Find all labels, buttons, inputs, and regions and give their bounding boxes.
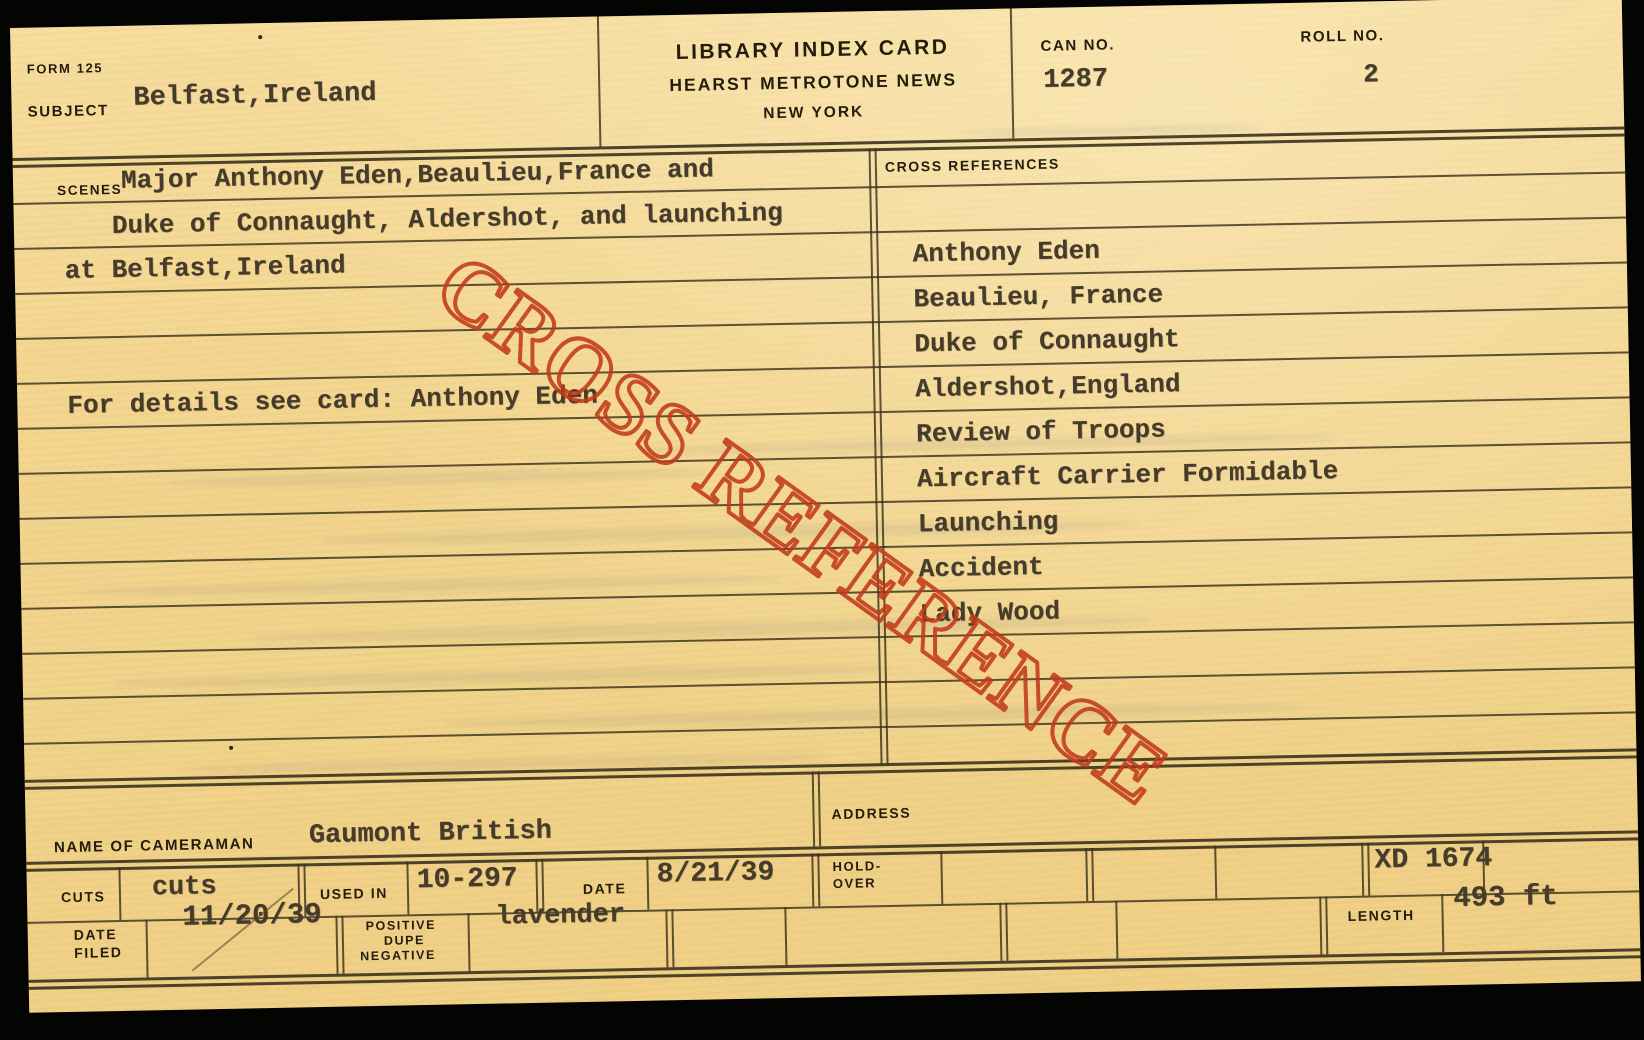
cell-divider	[1325, 896, 1329, 954]
cell-divider	[1005, 903, 1009, 961]
cell-divider	[335, 916, 339, 974]
header-rule	[13, 126, 1625, 160]
positive-dupe-negative-label: NEGATIVE	[360, 948, 436, 963]
dust-speck	[229, 746, 233, 750]
cell-divider	[999, 903, 1003, 961]
cell-divider	[671, 909, 675, 967]
cell-divider	[1319, 897, 1323, 955]
cell-divider	[1441, 894, 1445, 952]
library-index-card: FORM 125 SUBJECT Belfast,Ireland LIBRARY…	[10, 0, 1641, 1013]
cuts-value: cuts	[152, 872, 217, 903]
xd-number-value: XD 1674	[1374, 843, 1492, 876]
dupe-color-value: lavender	[495, 900, 625, 933]
cell-divider	[784, 907, 788, 965]
scanned-photo: FORM 125 SUBJECT Belfast,Ireland LIBRARY…	[0, 0, 1644, 1040]
positive-dupe-negative-label: POSITIVE	[365, 918, 436, 933]
can-no-value: 1287	[1043, 65, 1108, 96]
cell-divider	[118, 867, 121, 920]
cell-divider	[145, 919, 149, 977]
cell-divider	[341, 916, 345, 974]
date-filed-label: DATE	[74, 926, 118, 943]
cameraman-label: NAME OF CAMERAMAN	[54, 835, 255, 856]
cross-reference-stamp-text: CROSS REFERENCE	[419, 235, 1185, 823]
bottom-rule	[29, 948, 1641, 982]
publisher-city: NEW YORK	[604, 100, 1024, 126]
scenes-label: SCENES	[57, 182, 122, 198]
date-filed-value: 11/20/39	[182, 898, 322, 934]
positive-dupe-negative-label: DUPE	[384, 933, 425, 948]
length-value: 493 ft	[1453, 880, 1558, 915]
subject-label: SUBJECT	[27, 102, 109, 121]
cell-divider	[665, 909, 669, 967]
form-number-label: FORM 125	[27, 60, 104, 76]
header-divider	[597, 16, 602, 146]
cell-divider	[467, 913, 471, 971]
cell-divider	[1367, 843, 1370, 896]
can-no-label: CAN NO.	[1040, 36, 1115, 54]
bottom-rule	[29, 955, 1641, 989]
scenes-line: at Belfast,Ireland	[64, 250, 345, 285]
cross-reference-stamp: CROSS REFERENCE	[368, 180, 1341, 899]
cell-divider	[1115, 901, 1119, 959]
roll-no-label: ROLL NO.	[1300, 27, 1385, 46]
publisher-name: HEARST METROTONE NEWS	[603, 68, 1023, 97]
card-title: LIBRARY INDEX CARD	[602, 34, 1022, 66]
dust-speck	[258, 35, 262, 39]
cross-references-label: CROSS REFERENCES	[885, 156, 1060, 175]
cuts-label: CUTS	[61, 888, 106, 905]
length-label: LENGTH	[1347, 907, 1414, 924]
date-filed-label: FILED	[74, 944, 123, 961]
roll-no-value: 2	[1363, 59, 1379, 89]
used-in-label: USED IN	[320, 885, 388, 902]
subject-value: Belfast,Ireland	[133, 79, 377, 114]
cell-divider	[1361, 843, 1364, 896]
